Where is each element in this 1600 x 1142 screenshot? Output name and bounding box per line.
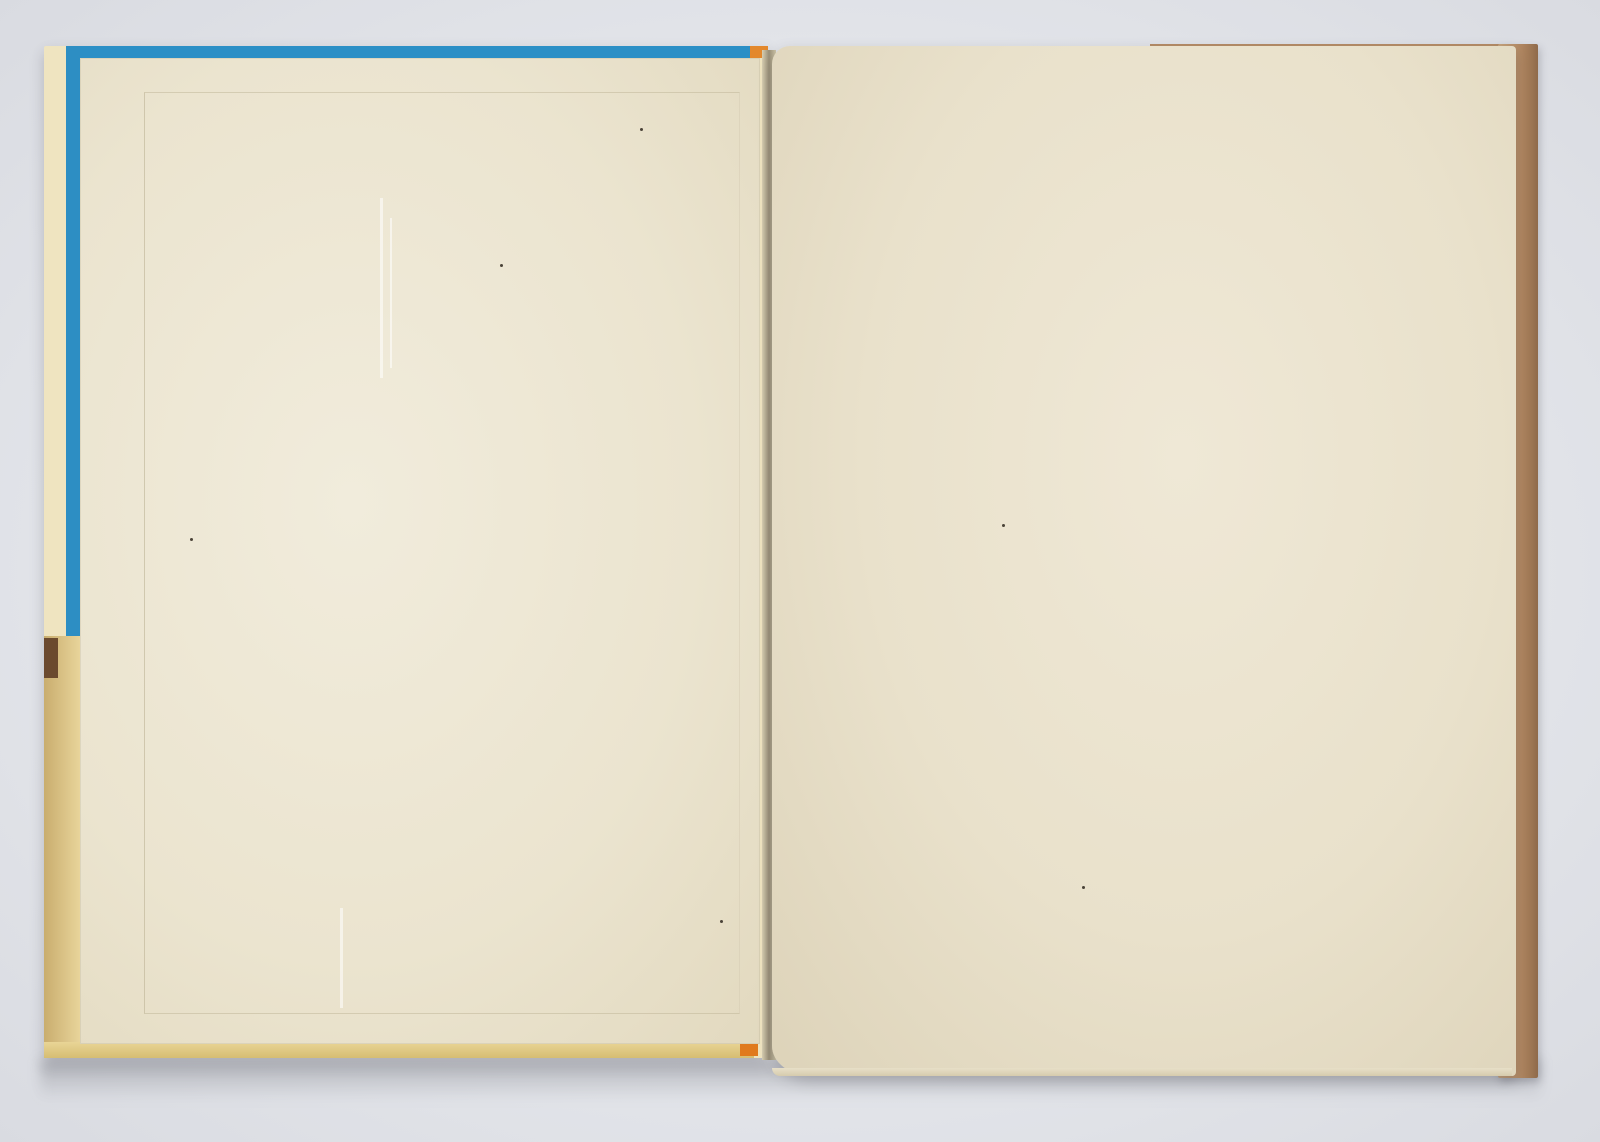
cover-yellow-edge-left	[44, 636, 80, 1056]
paper-speck	[190, 538, 193, 541]
pastedown-paper	[80, 58, 760, 1044]
paper-speck	[640, 128, 643, 131]
cover-yellow-edge-bottom	[44, 1042, 754, 1058]
paper-crease	[340, 908, 343, 1008]
paper-crease	[390, 218, 392, 368]
cover-blue-edge-top	[66, 46, 766, 58]
paper-speck	[720, 920, 723, 923]
paper-speck	[1002, 524, 1005, 527]
right-blank-page	[772, 46, 1516, 1076]
paper-crease	[380, 198, 383, 378]
cover-worn-mark	[44, 638, 58, 678]
paper-speck	[1082, 886, 1085, 889]
front-cover-inside	[44, 46, 768, 1058]
cover-blue-edge-left	[66, 46, 80, 636]
paper-speck	[500, 264, 503, 267]
page-bottom-edge	[772, 1068, 1512, 1076]
turn-in-outline	[144, 92, 740, 1014]
photo-background	[0, 0, 1600, 1142]
